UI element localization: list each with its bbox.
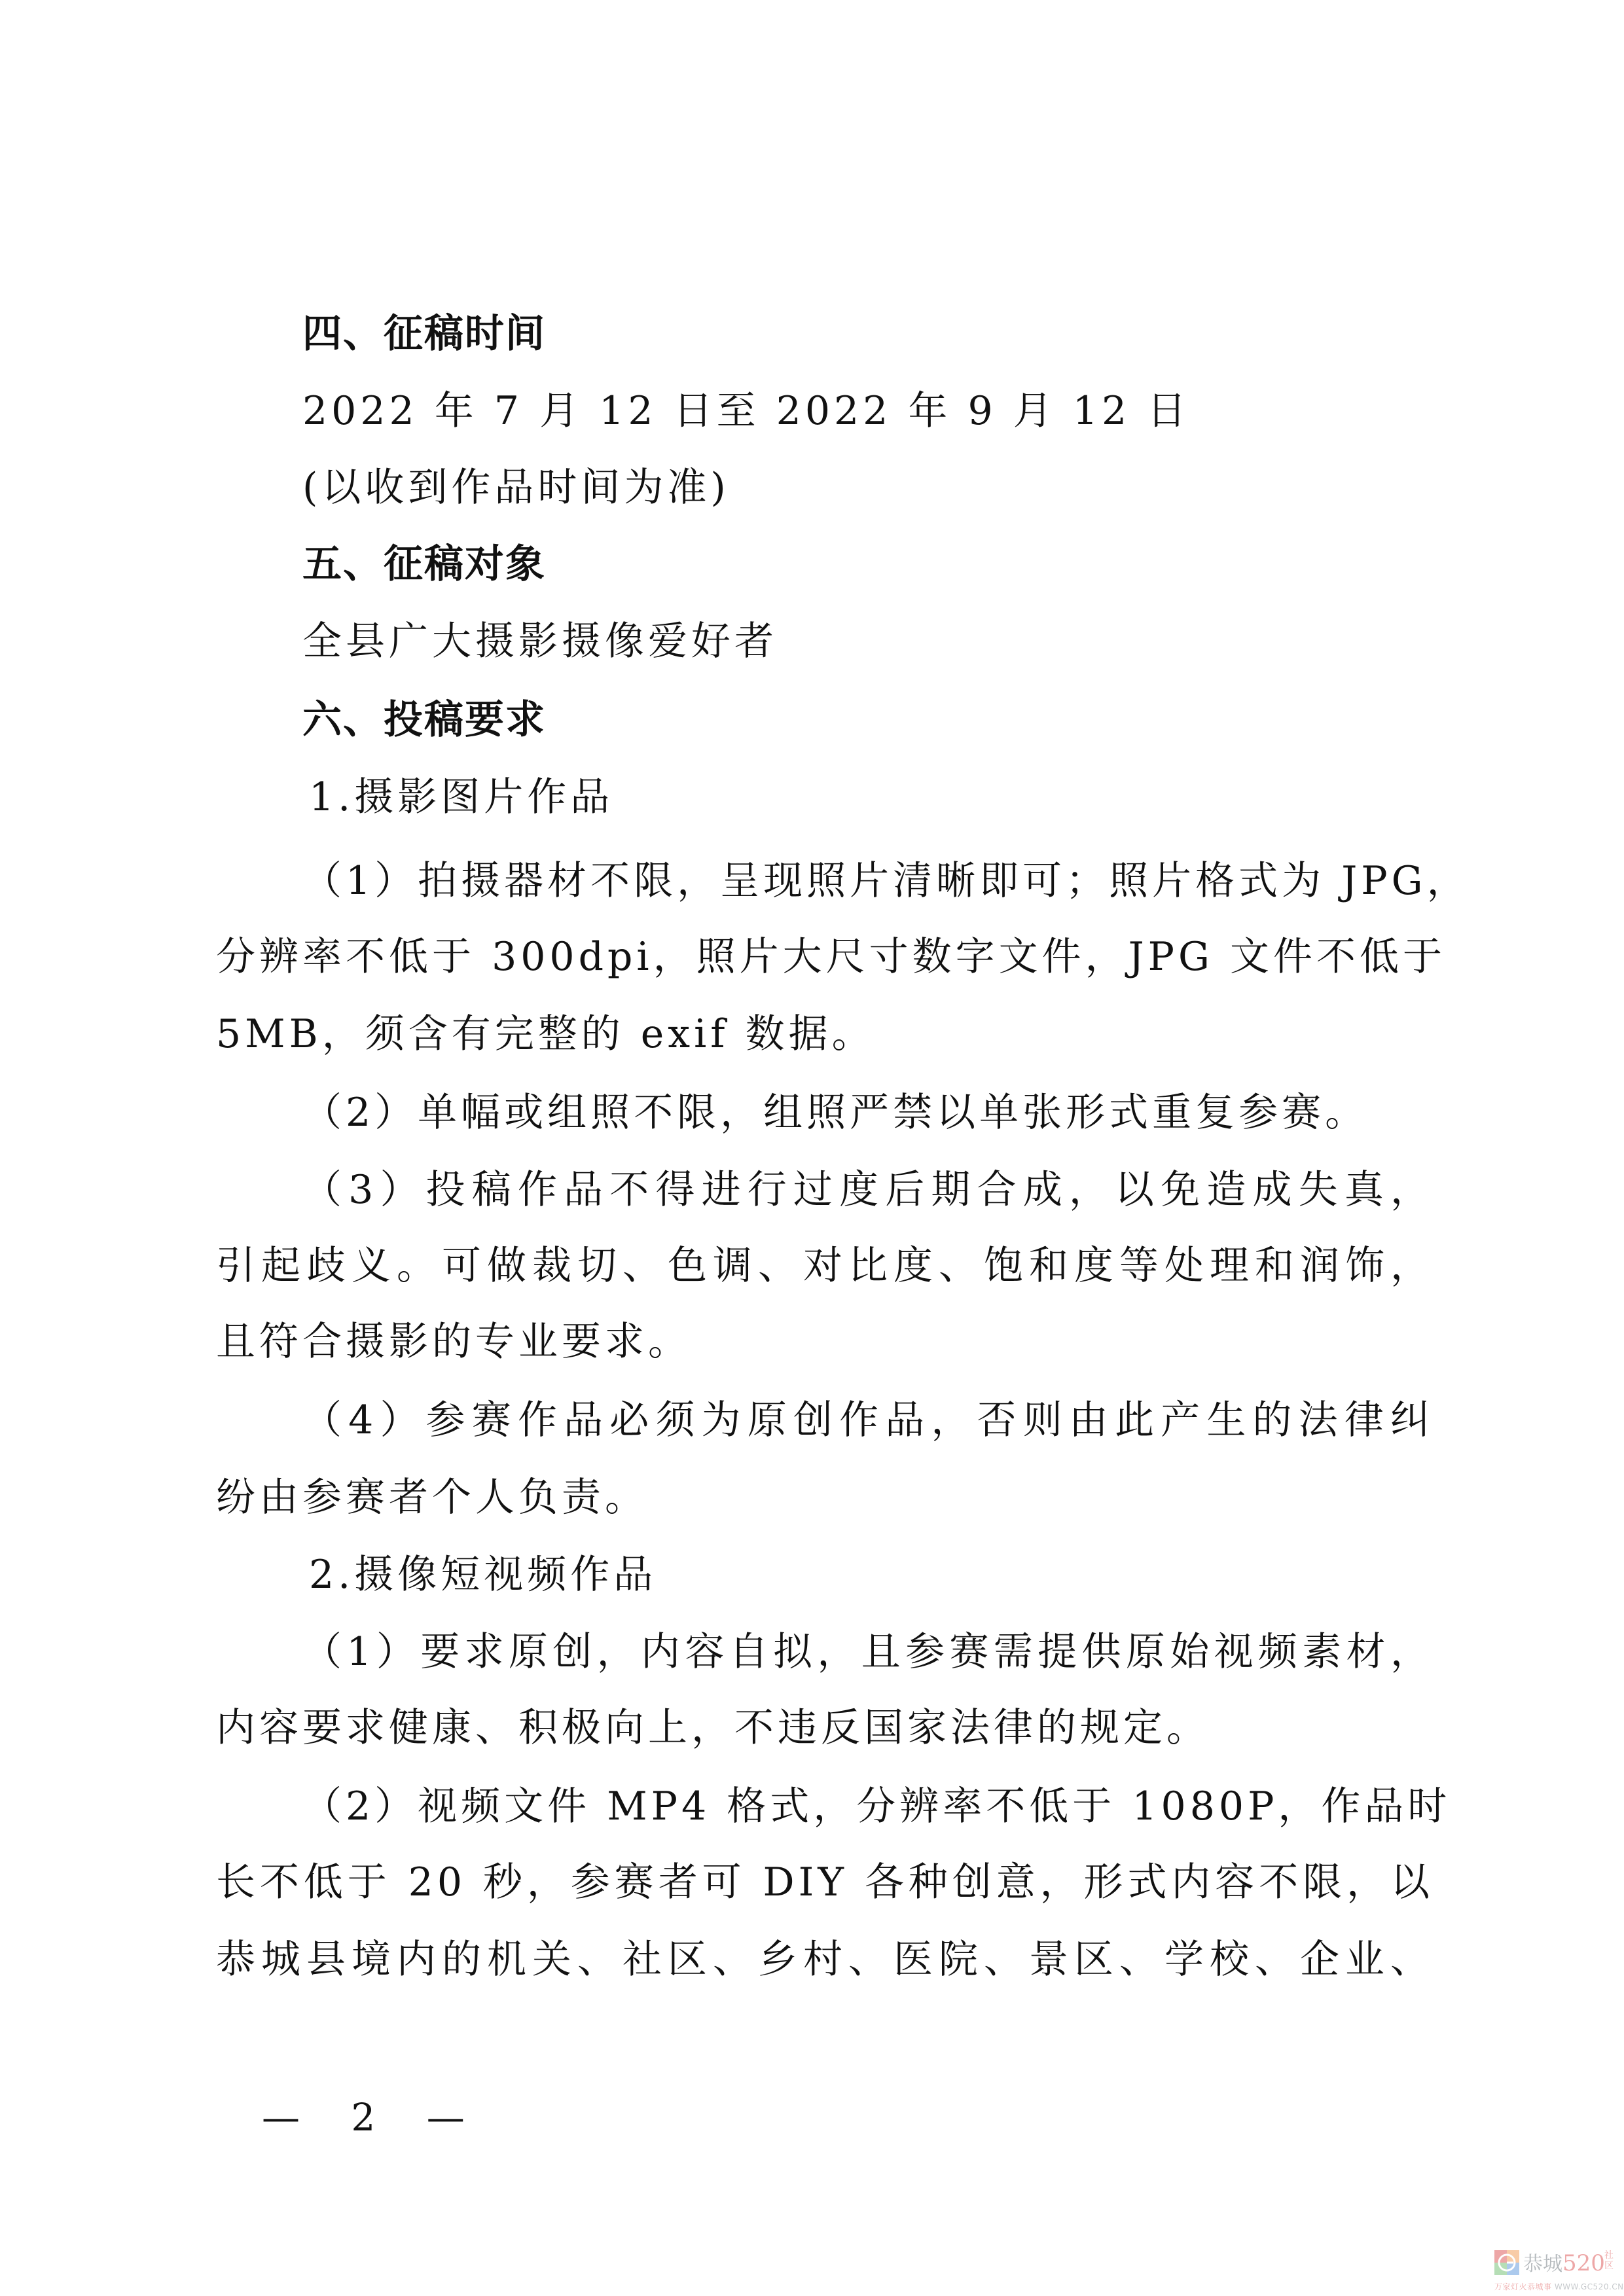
photo-req-3-line-1: （3）投稿作品不得进行过度后期合成，以免造成失真，: [302, 1164, 1434, 1216]
photo-req-4-line-2: 纷由参赛者个人负责。: [216, 1471, 1434, 1524]
page-number: — 2 —: [262, 2091, 484, 2144]
photo-req-2-line-1: （2）单幅或组照不限，组照严禁以单张形式重复参赛。: [302, 1086, 1520, 1139]
watermark-brand: 恭城520: [1523, 2250, 1605, 2278]
watermark-suffix-bottom: 区: [1604, 2261, 1615, 2271]
subsection-title-video: 2.摄像短视频作品: [309, 1549, 1526, 1601]
photo-req-1-line-1: （1）拍摄器材不限，呈现照片清晰即可；照片格式为 JPG，: [302, 855, 1434, 907]
submission-date-note: (以收到作品时间为准): [302, 461, 1520, 514]
photo-req-4-line-1: （4）参赛作品必须为原创作品，否则由此产生的法律纠: [302, 1394, 1434, 1446]
section-heading-audience: 五、征稿对象: [302, 538, 1520, 590]
watermark-suffix-top: 社: [1604, 2250, 1615, 2261]
watermark-suffix: 社 区: [1604, 2250, 1615, 2271]
subsection-title-photo: 1.摄影图片作品: [309, 771, 1526, 823]
photo-req-1-line-3: 5MB，须含有完整的 exif 数据。: [216, 1008, 1434, 1060]
audience-text: 全县广大摄影摄像爱好者: [302, 615, 1520, 668]
video-req-1-line-1: （1）要求原创，内容自拟，且参赛需提供原始视频素材，: [302, 1626, 1434, 1678]
photo-req-3-line-3: 且符合摄影的专业要求。: [216, 1316, 1434, 1368]
watermark-slogan-cn: 万家灯火恭城事: [1494, 2282, 1552, 2291]
video-req-2-line-2: 长不低于 20 秒，参赛者可 DIY 各种创意，形式内容不限，以: [216, 1856, 1434, 1909]
photo-req-3-line-2: 引起歧义。可做裁切、色调、对比度、饱和度等处理和润饰，: [216, 1240, 1434, 1292]
watermark-brand-name: 恭城: [1523, 2253, 1562, 2276]
submission-date-range: 2022 年 7 月 12 日至 2022 年 9 月 12 日: [302, 385, 1520, 437]
section-heading-requirements: 六、投稿要求: [302, 694, 1520, 746]
watermark-url: WWW.GC520.CN: [1555, 2282, 1624, 2291]
photo-req-1-line-2: 分辨率不低于 300dpi，照片大尺寸数字文件，JPG 文件不低于: [216, 931, 1434, 983]
video-req-2-line-1: （2）视频文件 MP4 格式，分辨率不低于 1080P，作品时: [302, 1780, 1434, 1833]
video-req-2-line-3: 恭城县境内的机关、社区、乡村、医院、景区、学校、企业、: [216, 1933, 1434, 1986]
watermark-slogan: 万家灯火恭城事 WWW.GC520.CN: [1494, 2282, 1624, 2292]
section-heading-time: 四、征稿时间: [302, 308, 1520, 360]
watermark-brand-number: 520: [1562, 2250, 1605, 2276]
video-req-1-line-2: 内容要求健康、积极向上，不违反国家法律的规定。: [216, 1702, 1434, 1754]
site-watermark: 恭城520 社 区 万家灯火恭城事 WWW.GC520.CN: [1494, 2250, 1622, 2295]
gc520-logo-icon: [1494, 2250, 1519, 2275]
